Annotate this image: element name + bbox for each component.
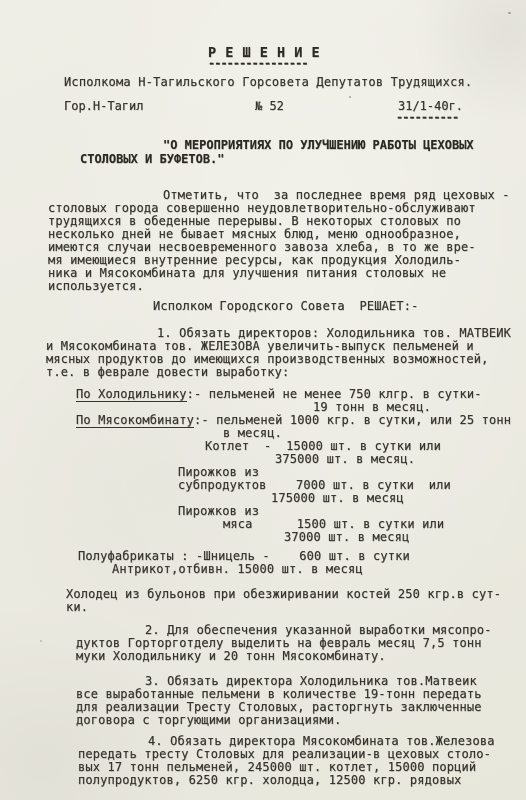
document-meta-row: Гор.Н-Тагил № 52 31/1-40г. ---------- [0, 99, 526, 125]
line-text: :- пельменей не менее 750 клгр. в сутки- [187, 387, 482, 401]
document-body: Отметить, что за последнее время ряд цех… [0, 189, 526, 787]
subject-heading: "О МЕРОПРИЯТИЯХ ПО УЛУЧШЕНИЮ РАБОТЫ ЦЕХО… [0, 139, 526, 166]
scan-speck [349, 96, 351, 98]
date-underline: ---------- [396, 110, 458, 124]
scan-speck [508, 12, 511, 14]
document-page: Р Е Ш Е Н И Е ---------------- Исполкома… [0, 0, 526, 800]
document-line: По Холодильнику:- пельменей не менее 750… [0, 388, 526, 401]
decision-title: Р Е Ш Е Н И Е [0, 0, 526, 60]
issuing-body-line: Исполкома Н-Тагильского Горсовета Депута… [0, 76, 526, 89]
document-line: ки. [0, 601, 526, 614]
document-line: Антрикот,отбивн. 15000 шт. в месяц [0, 563, 526, 576]
document-line: используется. [0, 280, 526, 293]
subject-line-1: "О МЕРОПРИЯТИЯХ ПО УЛУЧШЕНИЮ РАБОТЫ ЦЕХО… [0, 139, 526, 153]
document-line: Котлет - 15000 шт. в сутки или [0, 440, 526, 453]
title-underline: ---------------- [0, 60, 526, 67]
document-line: договора с торгующими организациями. [0, 714, 526, 727]
document-number: № 52 [255, 99, 284, 113]
city-label: Гор.Н-Тагил [64, 99, 143, 113]
document-line: 175000 шт. в месяц [0, 492, 526, 505]
line-text: :- пельменей 1000 кгр. в сутки, или 25 т… [194, 413, 511, 427]
document-line: мяса 1500 шт. в сутки или [0, 518, 526, 531]
scan-speck [40, 640, 42, 642]
document-line: полупродуктов, 6250 кгр. холодца, 12500 … [0, 774, 526, 787]
document-line: субпродуктов 7000 шт. в сутки или [0, 479, 526, 492]
document-line: муки Холодильнику и 20 тонн Мясокомбинат… [0, 650, 526, 663]
document-line: 37000 шт. в месяц [0, 531, 526, 544]
subject-line-2: СТОЛОВЫХ И БУФЕТОВ." [0, 153, 526, 167]
underlined-label: По Мясокомбинату [76, 413, 194, 428]
document-line: 375000 шт. в месяц. [0, 453, 526, 466]
underlined-label: По Холодильнику [76, 387, 187, 402]
document-line: т.е. в феврале довести выработку: [0, 366, 526, 379]
document-line: Исполком Городского Совета РЕШАЕТ:- [0, 300, 526, 313]
